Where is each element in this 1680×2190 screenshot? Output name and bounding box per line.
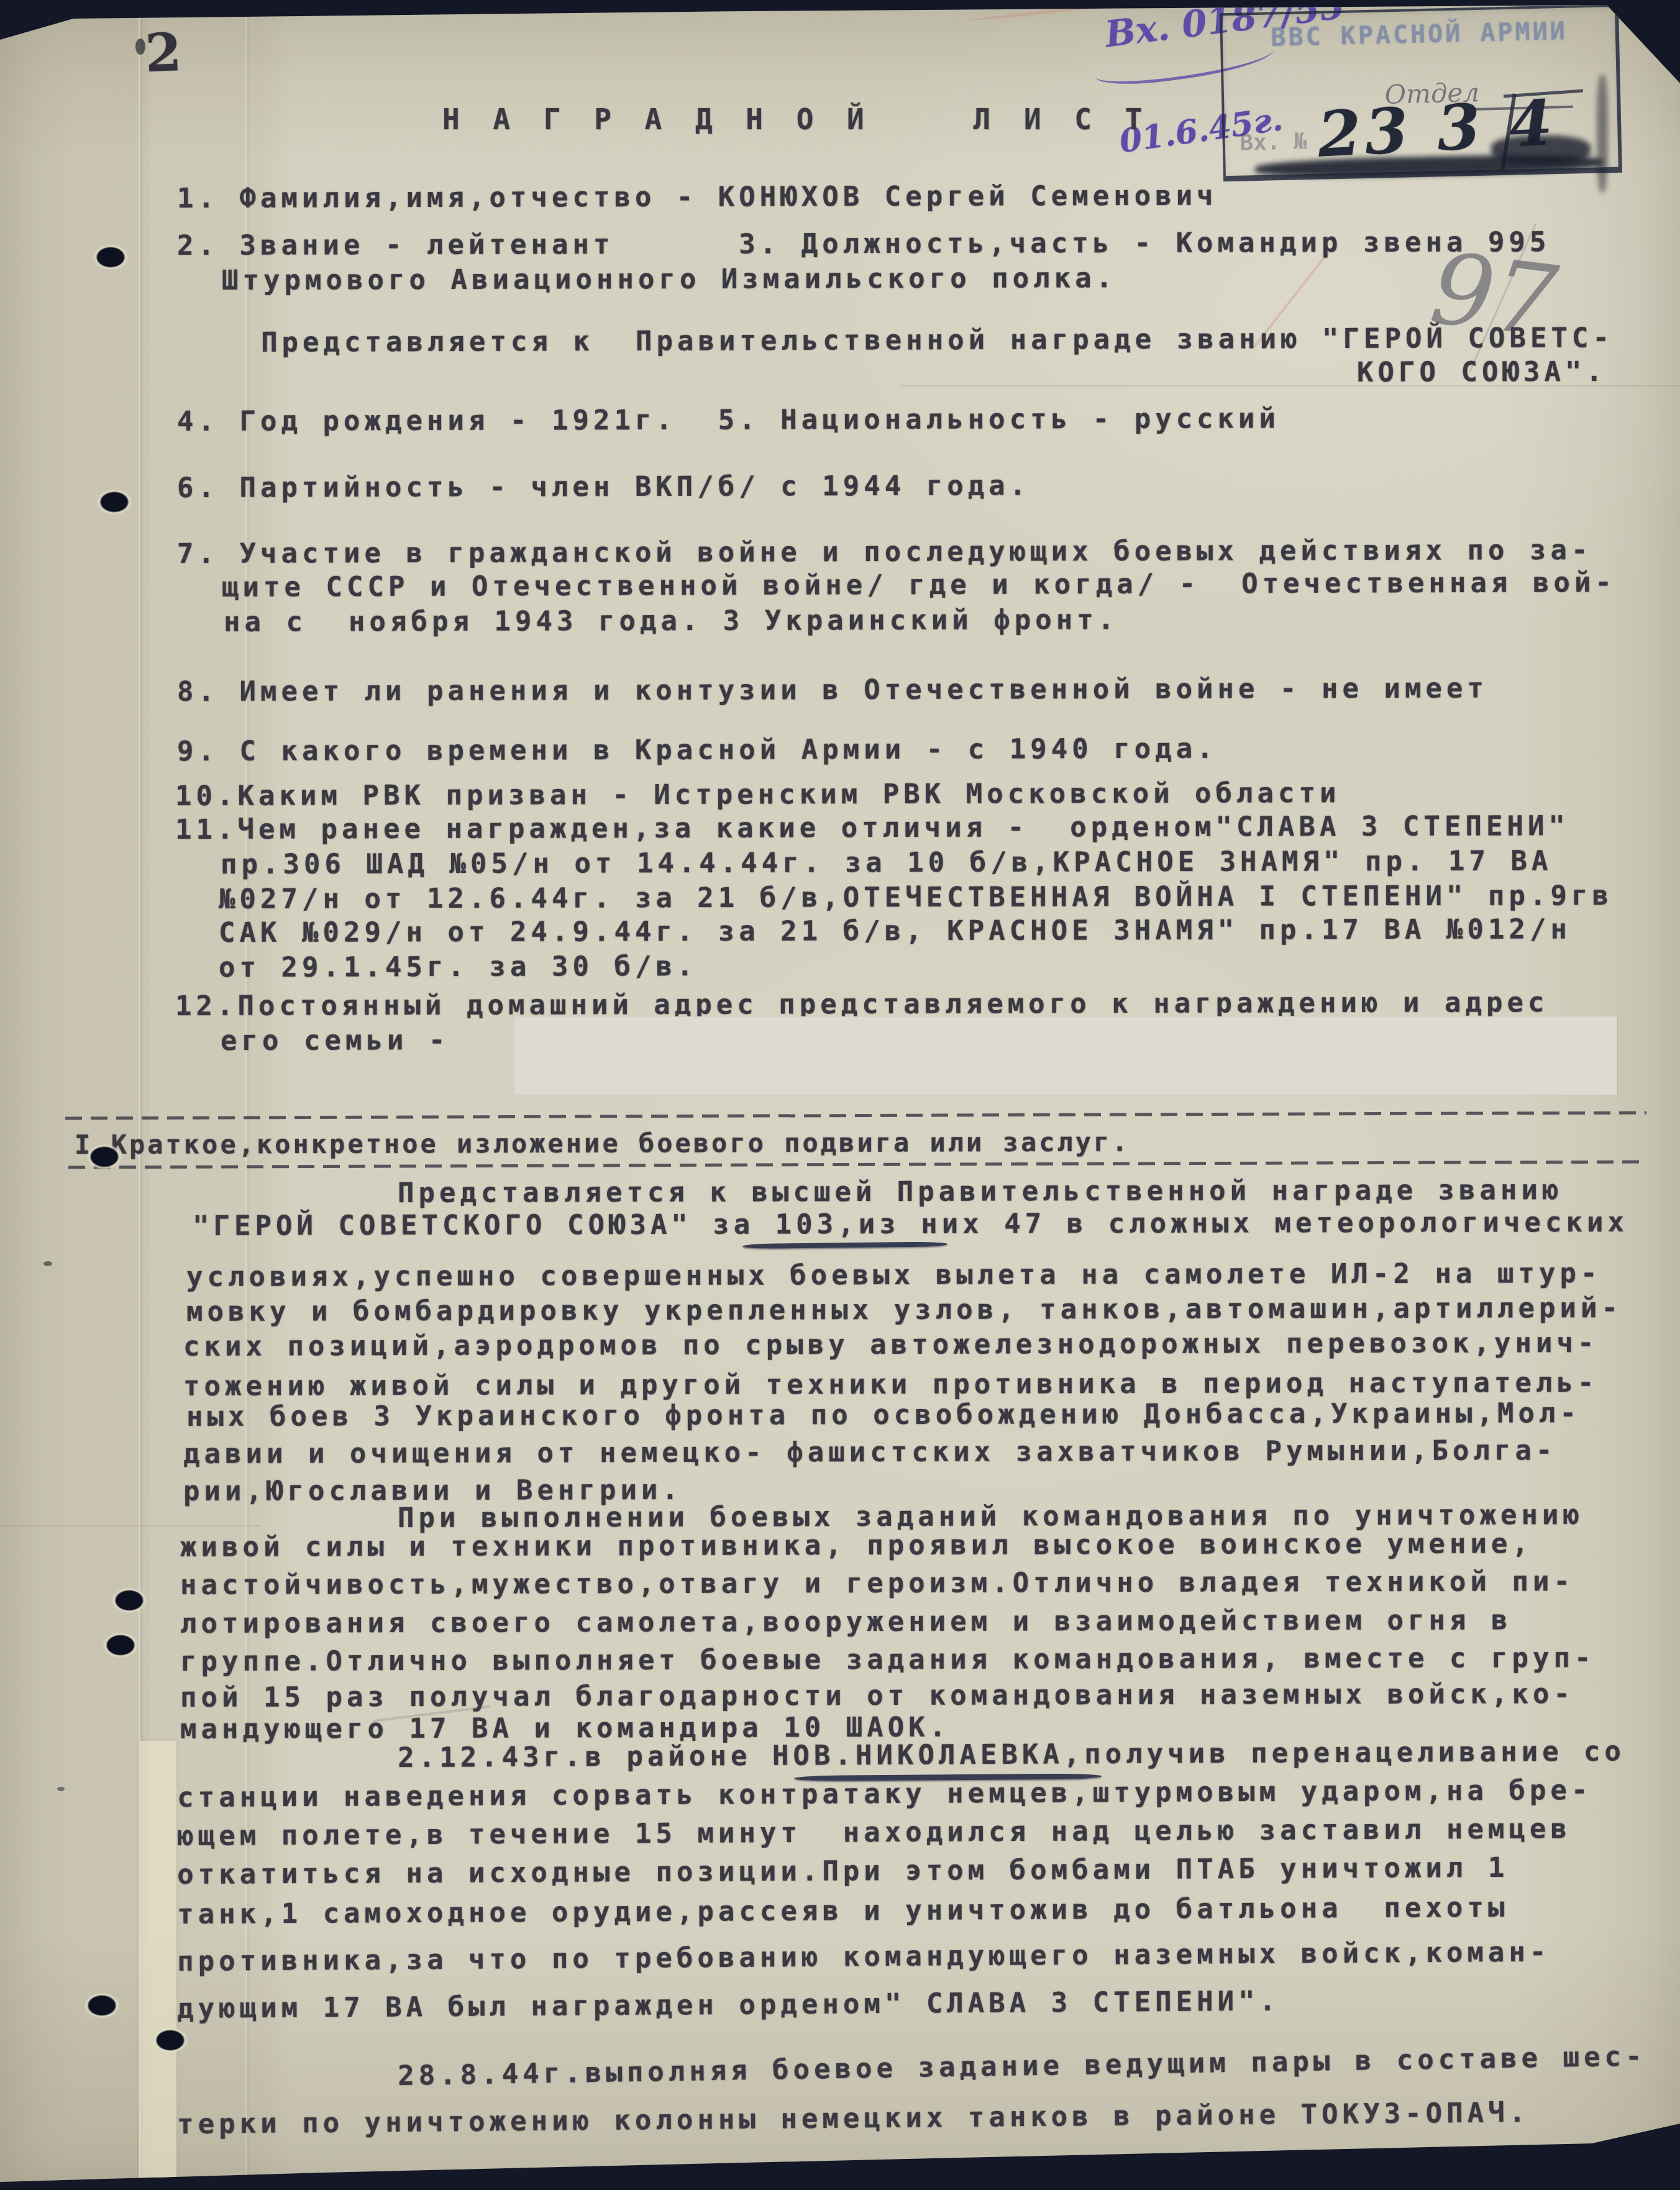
- field-1-name: 1. Фамилия,имя,отчество - КОНЮХОВ Сергей…: [177, 181, 1218, 214]
- punch-hole: [98, 1629, 143, 1661]
- nomination-line-1: Представляется к Правительственной награ…: [261, 323, 1614, 357]
- fold-crease-horizontal-2: [0, 1525, 261, 1526]
- redaction-box: [514, 1016, 1617, 1095]
- punch-hole: [80, 1989, 124, 2022]
- document-photo: 2 Вх. 0187/55 01.6.45г. ВВС КРАСНОЙ АРМИ…: [0, 0, 1680, 2190]
- body-p1-line-6: тожению живой силы и другой техники прот…: [183, 1368, 1598, 1401]
- body-p3-line-2: станции наведения сорвать контратаку нем…: [177, 1776, 1592, 1812]
- ink-underline-sorties: [742, 1242, 947, 1249]
- field-11-line-1: 11.Чем ранее награжден,за какие отличия …: [175, 811, 1569, 844]
- paper-sheet: 2 Вх. 0187/55 01.6.45г. ВВС КРАСНОЙ АРМИ…: [0, 0, 1680, 2190]
- ink-smear-right: [1597, 75, 1608, 193]
- body-p2-line-2: живой силы и техники противника, проявил…: [180, 1529, 1533, 1562]
- body-p1-line-1: Представляется к высшей Правительственно…: [398, 1175, 1563, 1208]
- body-p1-line-5: ских позиций,аэродромов по срыву автожел…: [183, 1328, 1598, 1361]
- body-p4-line-2: терки по уничтожению колонны немецких та…: [177, 2098, 1530, 2140]
- ink-smear-blob: [1491, 135, 1591, 164]
- field-11-line-4: САК №029/н от 24.9.44г. за 21 б/в, КРАСН…: [219, 915, 1571, 947]
- body-p1-line-2: "ГЕРОЙ СОВЕТСКОГО СОЮЗА" за 103,из них 4…: [193, 1208, 1628, 1241]
- body-p4-line-1: 28.8.44г.выполняя боевое задание ведущим…: [398, 2042, 1646, 2091]
- field-8-wounds: 8. Имеет ли ранения и контузии в Отечест…: [177, 673, 1488, 706]
- punch-hole: [107, 1584, 152, 1617]
- dashed-separator-bottom: [68, 1161, 1640, 1169]
- nomination-line-2: КОГО СОЮЗА".: [1357, 357, 1607, 388]
- field-7-line-1: 7. Участие в гражданской войне и последу…: [177, 536, 1592, 568]
- field-9-army-since: 9. С какого времени в Красной Армии - с …: [177, 734, 1218, 767]
- tape-strip: [139, 1741, 176, 2190]
- punch-hole: [92, 486, 137, 518]
- field-6-party: 6. Партийность - член ВКП/б/ с 1944 года…: [177, 471, 1030, 503]
- body-p3-line-6: противника,за что по требованию командую…: [177, 1938, 1551, 1977]
- ink-underline-tokuz-opach: [1390, 2145, 1623, 2154]
- body-p1-line-8: давии и очищения от немецко- фашистских …: [183, 1436, 1556, 1469]
- punch-hole: [82, 1141, 127, 1173]
- document-title: Н А Г Р А Д Н О Й Л И С Т: [442, 104, 1150, 135]
- dashed-separator-top: [65, 1111, 1646, 1120]
- field-11-line-2: пр.306 ШАД №05/н от 14.4.44г. за 10 б/в,…: [221, 846, 1552, 879]
- body-p2-line-3: настойчивость,мужество,отвагу и героизм.…: [180, 1567, 1574, 1600]
- body-p3-line-5: танк,1 самоходное орудие,рассеяв и уничт…: [177, 1893, 1509, 1930]
- punch-hole: [148, 2024, 193, 2056]
- field-11-line-3: №027/н от 12.6.44г. за 21 б/в,ОТЕЧЕСТВЕН…: [219, 881, 1613, 914]
- field-4-5-birth-nationality: 4. Год рождения - 1921г. 5. Национальнос…: [177, 404, 1280, 436]
- body-p3-line-3: ющем полете,в течение 15 минут находился…: [177, 1814, 1571, 1851]
- field-2-3-rank-unit: 2. Звание - лейтенант 3. Должность,часть…: [177, 227, 1550, 260]
- body-p3-line-4: откатиться на исходные позиции.При этом …: [177, 1853, 1509, 1890]
- section-heading: I.Краткое,конкретное изложение боевого п…: [75, 1128, 1130, 1159]
- field-10-rvk: 10.Каким РВК призван - Истренским РВК Мо…: [175, 778, 1341, 811]
- field-12-line-2: его семьи -: [221, 1026, 450, 1056]
- field-2-3-unit-wrap: Штурмового Авиационного Измаильского пол…: [222, 263, 1116, 295]
- body-p2-line-6: пой 15 раз получал благодарности от кома…: [180, 1679, 1574, 1712]
- red-pencil-mark-2: [969, 4, 1105, 22]
- field-7-line-3: на с ноября 1943 года. 3 Украинский фрон…: [224, 605, 1118, 637]
- body-p2-line-4: лотирования своего самолета,вооружением …: [180, 1605, 1512, 1638]
- ink-speck-3: [57, 1787, 65, 1791]
- body-p3-line-7: дующим 17 ВА был награжден орденом" СЛАВ…: [177, 1987, 1280, 2024]
- body-p3-line-1: 2.12.43г.в районе НОВ.НИКОЛАЕВКА,получив…: [398, 1737, 1625, 1773]
- body-p1-line-3: условиях,успешно совершенных боевых выле…: [186, 1259, 1601, 1292]
- punch-hole: [88, 241, 133, 273]
- body-p2-line-5: группе.Отлично выполняет боевые задания …: [180, 1643, 1595, 1676]
- ink-speck-2: [43, 1261, 52, 1266]
- page-number: 2: [144, 21, 183, 84]
- field-11-line-5: от 29.1.45г. за 30 б/в.: [219, 952, 697, 983]
- ink-speck: [135, 39, 145, 55]
- field-7-line-2: щите СССР и Отечественной войне/ где и к…: [222, 568, 1616, 602]
- stamp-entry-label: Вх. №: [1239, 129, 1307, 156]
- body-p1-line-4: мовку и бомбардировку укрепленных узлов,…: [186, 1293, 1622, 1327]
- body-p1-line-7: ных боев 3 Украинского фронта по освобож…: [186, 1398, 1581, 1431]
